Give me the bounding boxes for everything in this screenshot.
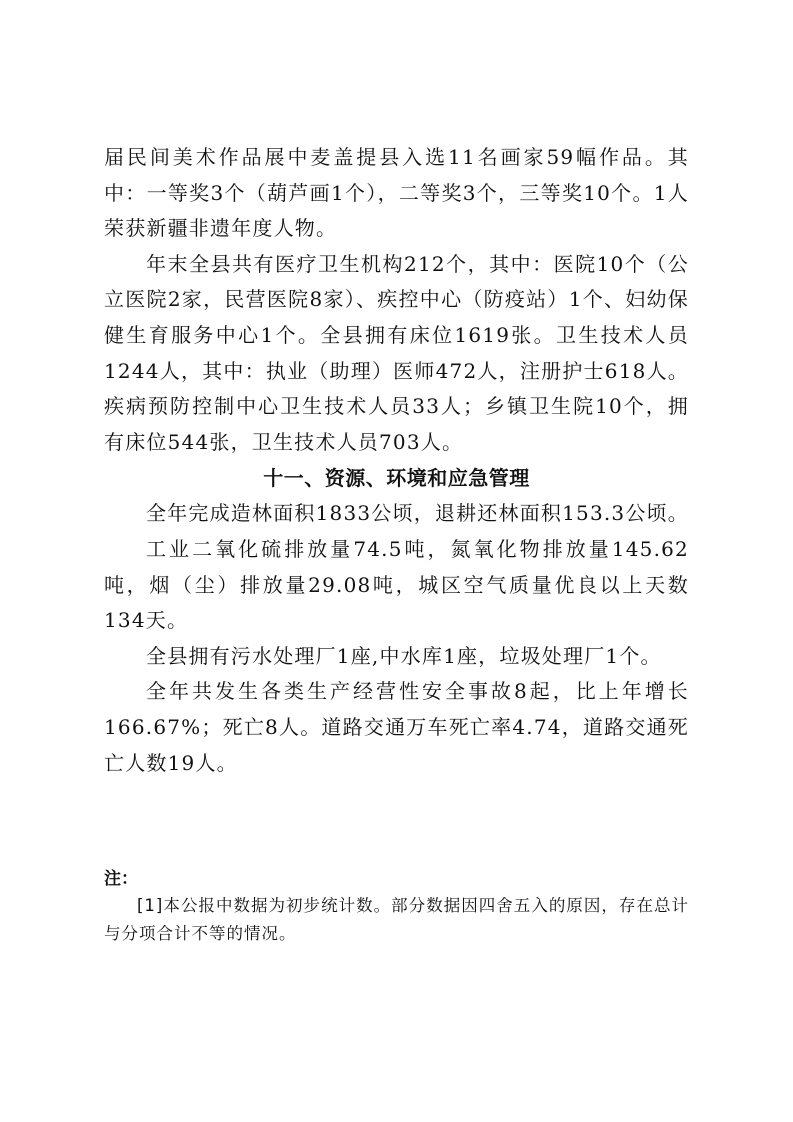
paragraph-afforestation: 全年完成造林面积1833公顷，退耕还林面积153.3公顷。 bbox=[104, 496, 689, 532]
paragraph-emissions: 工业二氧化硫排放量74.5吨，氮氧化物排放量145.62吨，烟（尘）排放量29.… bbox=[104, 532, 689, 639]
note-item: [1]本公报中数据为初步统计数。部分数据因四舍五入的原因，存在总计与分项合计不等… bbox=[104, 892, 689, 948]
document-body: 届民间美术作品展中麦盖提县入选11名画家59幅作品。其中：一等奖3个（葫芦画1个… bbox=[104, 140, 689, 781]
paragraph-safety-accidents: 全年共发生各类生产经营性安全事故8起，比上年增长166.67%；死亡8人。道路交… bbox=[104, 674, 689, 781]
paragraph-medical-institutions: 年末全县共有医疗卫生机构212个，其中：医院10个（公立医院2家，民营医院8家）… bbox=[104, 247, 689, 461]
notes-label: 注： bbox=[104, 866, 689, 892]
section-heading: 十一、资源、环境和应急管理 bbox=[104, 460, 689, 496]
notes-section: 注： [1]本公报中数据为初步统计数。部分数据因四舍五入的原因，存在总计与分项合… bbox=[104, 866, 689, 948]
paragraph-waste-facilities: 全县拥有污水处理厂1座,中水库1座，垃圾处理厂1个。 bbox=[104, 639, 689, 675]
paragraph-art-awards: 届民间美术作品展中麦盖提县入选11名画家59幅作品。其中：一等奖3个（葫芦画1个… bbox=[104, 140, 689, 247]
